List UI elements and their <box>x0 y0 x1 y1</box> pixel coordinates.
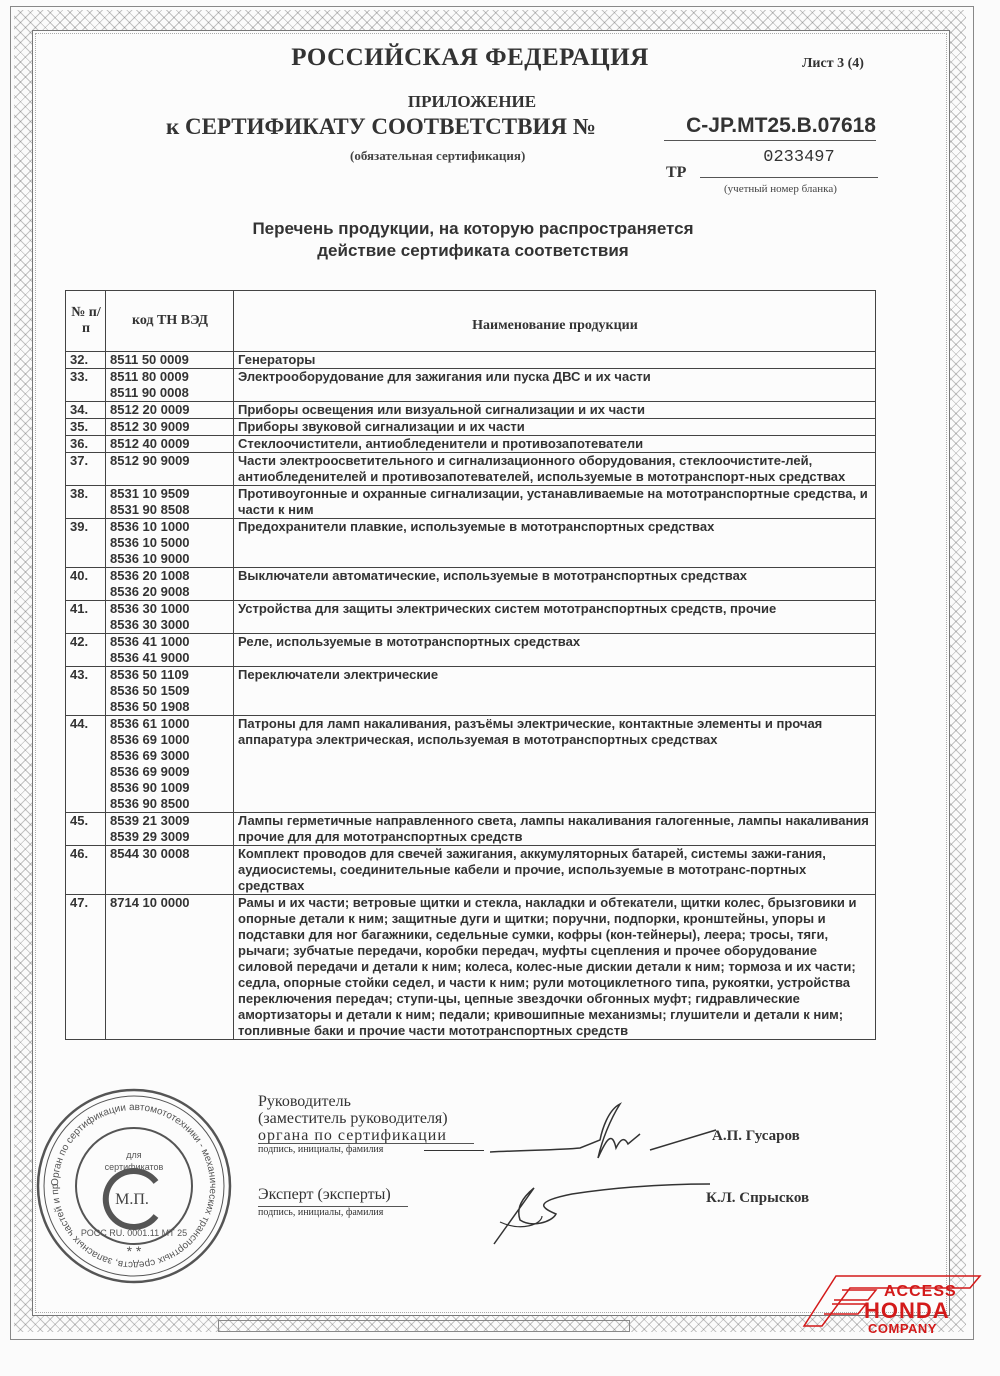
product-name: Выключатели автоматические, используемые… <box>234 568 876 601</box>
product-name: Патроны для ламп накаливания, разъёмы эл… <box>234 716 876 813</box>
tr-label: ТР <box>666 164 686 182</box>
row-codes: 8511 50 0009 <box>106 352 234 369</box>
head-signature-caption: подпись, инициалы, фамилия <box>258 1143 474 1155</box>
logo-line2: HONDA <box>864 1300 950 1322</box>
row-number: 34. <box>66 402 106 419</box>
table-row: 37.8512 90 9009Части электроосветительно… <box>66 453 876 486</box>
expert-name: К.Л. Спрысков <box>706 1190 809 1207</box>
head-title-line1: Руководитель <box>258 1093 448 1110</box>
row-number: 33. <box>66 369 106 402</box>
certificate-number: C-JP.MT25.B.07618 <box>664 114 876 141</box>
row-codes: 8536 10 10008536 10 50008536 10 9000 <box>106 519 234 568</box>
product-name: Генераторы <box>234 352 876 369</box>
tnved-code: 8511 80 0009 <box>110 369 230 385</box>
row-number: 32. <box>66 352 106 369</box>
table-row: 32.8511 50 0009Генераторы <box>66 352 876 369</box>
tnved-code: 8714 10 0000 <box>110 895 230 911</box>
tnved-code: 8539 29 3009 <box>110 829 230 845</box>
tnved-code: 8512 40 0009 <box>110 436 230 452</box>
tnved-code: 8536 20 1008 <box>110 568 230 584</box>
product-name: Реле, используемые в мототранспортных ср… <box>234 634 876 667</box>
appendix-heading: ПРИЛОЖЕНИЕ <box>0 92 944 112</box>
svg-text:РОСС RU. 0001.11 МТ 25: РОСС RU. 0001.11 МТ 25 <box>81 1228 187 1238</box>
table-row: 46.8544 30 0008Комплект проводов для све… <box>66 846 876 895</box>
table-row: 44.8536 61 10008536 69 10008536 69 30008… <box>66 716 876 813</box>
tnved-code: 8536 41 9000 <box>110 650 230 666</box>
product-name: Части электроосветительного и сигнализац… <box>234 453 876 486</box>
row-codes: 8714 10 0000 <box>106 895 234 1040</box>
printer-imprint <box>218 1320 630 1332</box>
certification-type: (обязательная сертификация) <box>350 148 525 164</box>
tnved-code: 8536 50 1109 <box>110 667 230 683</box>
tnved-code: 8536 20 9008 <box>110 584 230 600</box>
tnved-code: 8512 90 9009 <box>110 453 230 469</box>
sheet-number: Лист 3 (4) <box>802 56 864 72</box>
row-number: 35. <box>66 419 106 436</box>
row-number: 46. <box>66 846 106 895</box>
row-number: 45. <box>66 813 106 846</box>
tnved-code: 8536 10 9000 <box>110 551 230 567</box>
tnved-code: 8536 69 3000 <box>110 748 230 764</box>
head-title: Руководитель (заместитель руководителя) … <box>258 1093 448 1144</box>
column-header-name: Наименование продукции <box>234 291 876 352</box>
expert-signature-icon <box>492 1178 722 1258</box>
head-signature-icon <box>490 1100 720 1170</box>
row-number: 40. <box>66 568 106 601</box>
logo-line3: COMPANY <box>868 1322 937 1335</box>
tnved-code: 8536 61 1000 <box>110 716 230 732</box>
signature-line <box>424 1150 484 1151</box>
table-row: 39.8536 10 10008536 10 50008536 10 9000П… <box>66 519 876 568</box>
expert-title: Эксперт (эксперты) <box>258 1186 391 1204</box>
product-name: Противоугонные и охранные сигнализации, … <box>234 486 876 519</box>
tnved-code: 8536 50 1509 <box>110 683 230 699</box>
tnved-code: 8536 69 9009 <box>110 764 230 780</box>
row-number: 43. <box>66 667 106 716</box>
product-name: Электрооборудование для зажигания или пу… <box>234 369 876 402</box>
row-codes: 8536 50 11098536 50 15098536 50 1908 <box>106 667 234 716</box>
certificate-heading: к СЕРТИФИКАТУ СООТВЕТСТВИЯ № <box>166 114 596 140</box>
table-header-row: № п/п код ТН ВЭД Наименование продукции <box>66 291 876 352</box>
product-name: Рамы и их части; ветровые щитки и стекла… <box>234 895 876 1040</box>
row-number: 37. <box>66 453 106 486</box>
list-title: Перечень продукции, на которую распростр… <box>0 218 946 262</box>
product-name: Предохранители плавкие, используемые в м… <box>234 519 876 568</box>
row-number: 42. <box>66 634 106 667</box>
table-row: 41.8536 30 10008536 30 3000Устройства дл… <box>66 601 876 634</box>
svg-text:* *: * * <box>127 1243 142 1259</box>
column-header-code: код ТН ВЭД <box>106 291 234 352</box>
certification-seal-icon: Орган по сертификации автомототехники - … <box>34 1086 234 1286</box>
table-row: 36.8512 40 0009Стеклоочистители, антиобл… <box>66 436 876 453</box>
row-codes: 8536 30 10008536 30 3000 <box>106 601 234 634</box>
tnved-code: 8531 10 9509 <box>110 486 230 502</box>
row-codes: 8539 21 30098539 29 3009 <box>106 813 234 846</box>
row-codes: 8536 20 10088536 20 9008 <box>106 568 234 601</box>
list-title-line1: Перечень продукции, на которую распростр… <box>0 218 946 240</box>
head-name: А.П. Гусаров <box>712 1128 800 1145</box>
svg-text:для: для <box>126 1150 142 1160</box>
table-row: 35.8512 30 9009Приборы звуковой сигнализ… <box>66 419 876 436</box>
tnved-code: 8536 10 5000 <box>110 535 230 551</box>
table-row: 47.8714 10 0000Рамы и их части; ветровые… <box>66 895 876 1040</box>
products-table: № п/п код ТН ВЭД Наименование продукции … <box>65 290 876 1040</box>
table-row: 43.8536 50 11098536 50 15098536 50 1908П… <box>66 667 876 716</box>
product-name: Лампы герметичные направленного света, л… <box>234 813 876 846</box>
row-codes: 8512 30 9009 <box>106 419 234 436</box>
row-number: 41. <box>66 601 106 634</box>
row-number: 38. <box>66 486 106 519</box>
table-row: 42.8536 41 10008536 41 9000Реле, использ… <box>66 634 876 667</box>
row-codes: 8536 41 10008536 41 9000 <box>106 634 234 667</box>
row-codes: 8536 61 10008536 69 10008536 69 30008536… <box>106 716 234 813</box>
row-number: 36. <box>66 436 106 453</box>
head-title-line2: (заместитель руководителя) <box>258 1110 448 1127</box>
table-row: 45.8539 21 30098539 29 3009Лампы гермети… <box>66 813 876 846</box>
table-row: 40.8536 20 10088536 20 9008Выключатели а… <box>66 568 876 601</box>
head-title-line3: органа по сертификации <box>258 1127 448 1144</box>
access-honda-logo: ACCESS HONDA COMPANY <box>784 1270 974 1340</box>
product-name: Приборы звуковой сигнализации и их части <box>234 419 876 436</box>
table-row: 38.8531 10 95098531 90 8508Противоугонны… <box>66 486 876 519</box>
tnved-code: 8544 30 0008 <box>110 846 230 862</box>
table-row: 33.8511 80 00098511 90 0008Электрооборуд… <box>66 369 876 402</box>
expert-signature-caption: подпись, инициалы, фамилия <box>258 1206 408 1218</box>
product-name: Переключатели электрические <box>234 667 876 716</box>
column-header-number: № п/п <box>66 291 106 352</box>
tnved-code: 8536 30 1000 <box>110 601 230 617</box>
tnved-code: 8511 90 0008 <box>110 385 230 401</box>
product-name: Стеклоочистители, антиобледенители и про… <box>234 436 876 453</box>
svg-text:М.П.: М.П. <box>115 1191 149 1208</box>
tnved-code: 8536 41 1000 <box>110 634 230 650</box>
tnved-code: 8536 69 1000 <box>110 732 230 748</box>
tnved-code: 8512 30 9009 <box>110 419 230 435</box>
row-number: 47. <box>66 895 106 1040</box>
product-name: Устройства для защиты электрических сист… <box>234 601 876 634</box>
tnved-code: 8531 90 8508 <box>110 502 230 518</box>
row-codes: 8512 90 9009 <box>106 453 234 486</box>
tnved-code: 8536 10 1000 <box>110 519 230 535</box>
table-body: 32.8511 50 0009Генераторы33.8511 80 0009… <box>66 352 876 1040</box>
country-heading: РОССИЙСКАЯ ФЕДЕРАЦИЯ <box>0 44 940 72</box>
tnved-code: 8512 20 0009 <box>110 402 230 418</box>
tnved-code: 8539 21 3009 <box>110 813 230 829</box>
row-codes: 8511 80 00098511 90 0008 <box>106 369 234 402</box>
row-number: 39. <box>66 519 106 568</box>
row-codes: 8544 30 0008 <box>106 846 234 895</box>
row-codes: 8512 20 0009 <box>106 402 234 419</box>
row-number: 44. <box>66 716 106 813</box>
tnved-code: 8536 90 8500 <box>110 796 230 812</box>
product-name: Комплект проводов для свечей зажигания, … <box>234 846 876 895</box>
tnved-code: 8536 50 1908 <box>110 699 230 715</box>
row-codes: 8512 40 0009 <box>106 436 234 453</box>
list-title-line2: действие сертификата соответствия <box>0 240 946 262</box>
form-number: 0233497 <box>700 148 878 178</box>
tnved-code: 8511 50 0009 <box>110 352 230 368</box>
product-name: Приборы освещения или визуальной сигнали… <box>234 402 876 419</box>
table-row: 34.8512 20 0009Приборы освещения или виз… <box>66 402 876 419</box>
tnved-code: 8536 90 1009 <box>110 780 230 796</box>
tnved-code: 8536 30 3000 <box>110 617 230 633</box>
form-number-caption: (учетный номер бланка) <box>724 183 837 195</box>
row-codes: 8531 10 95098531 90 8508 <box>106 486 234 519</box>
